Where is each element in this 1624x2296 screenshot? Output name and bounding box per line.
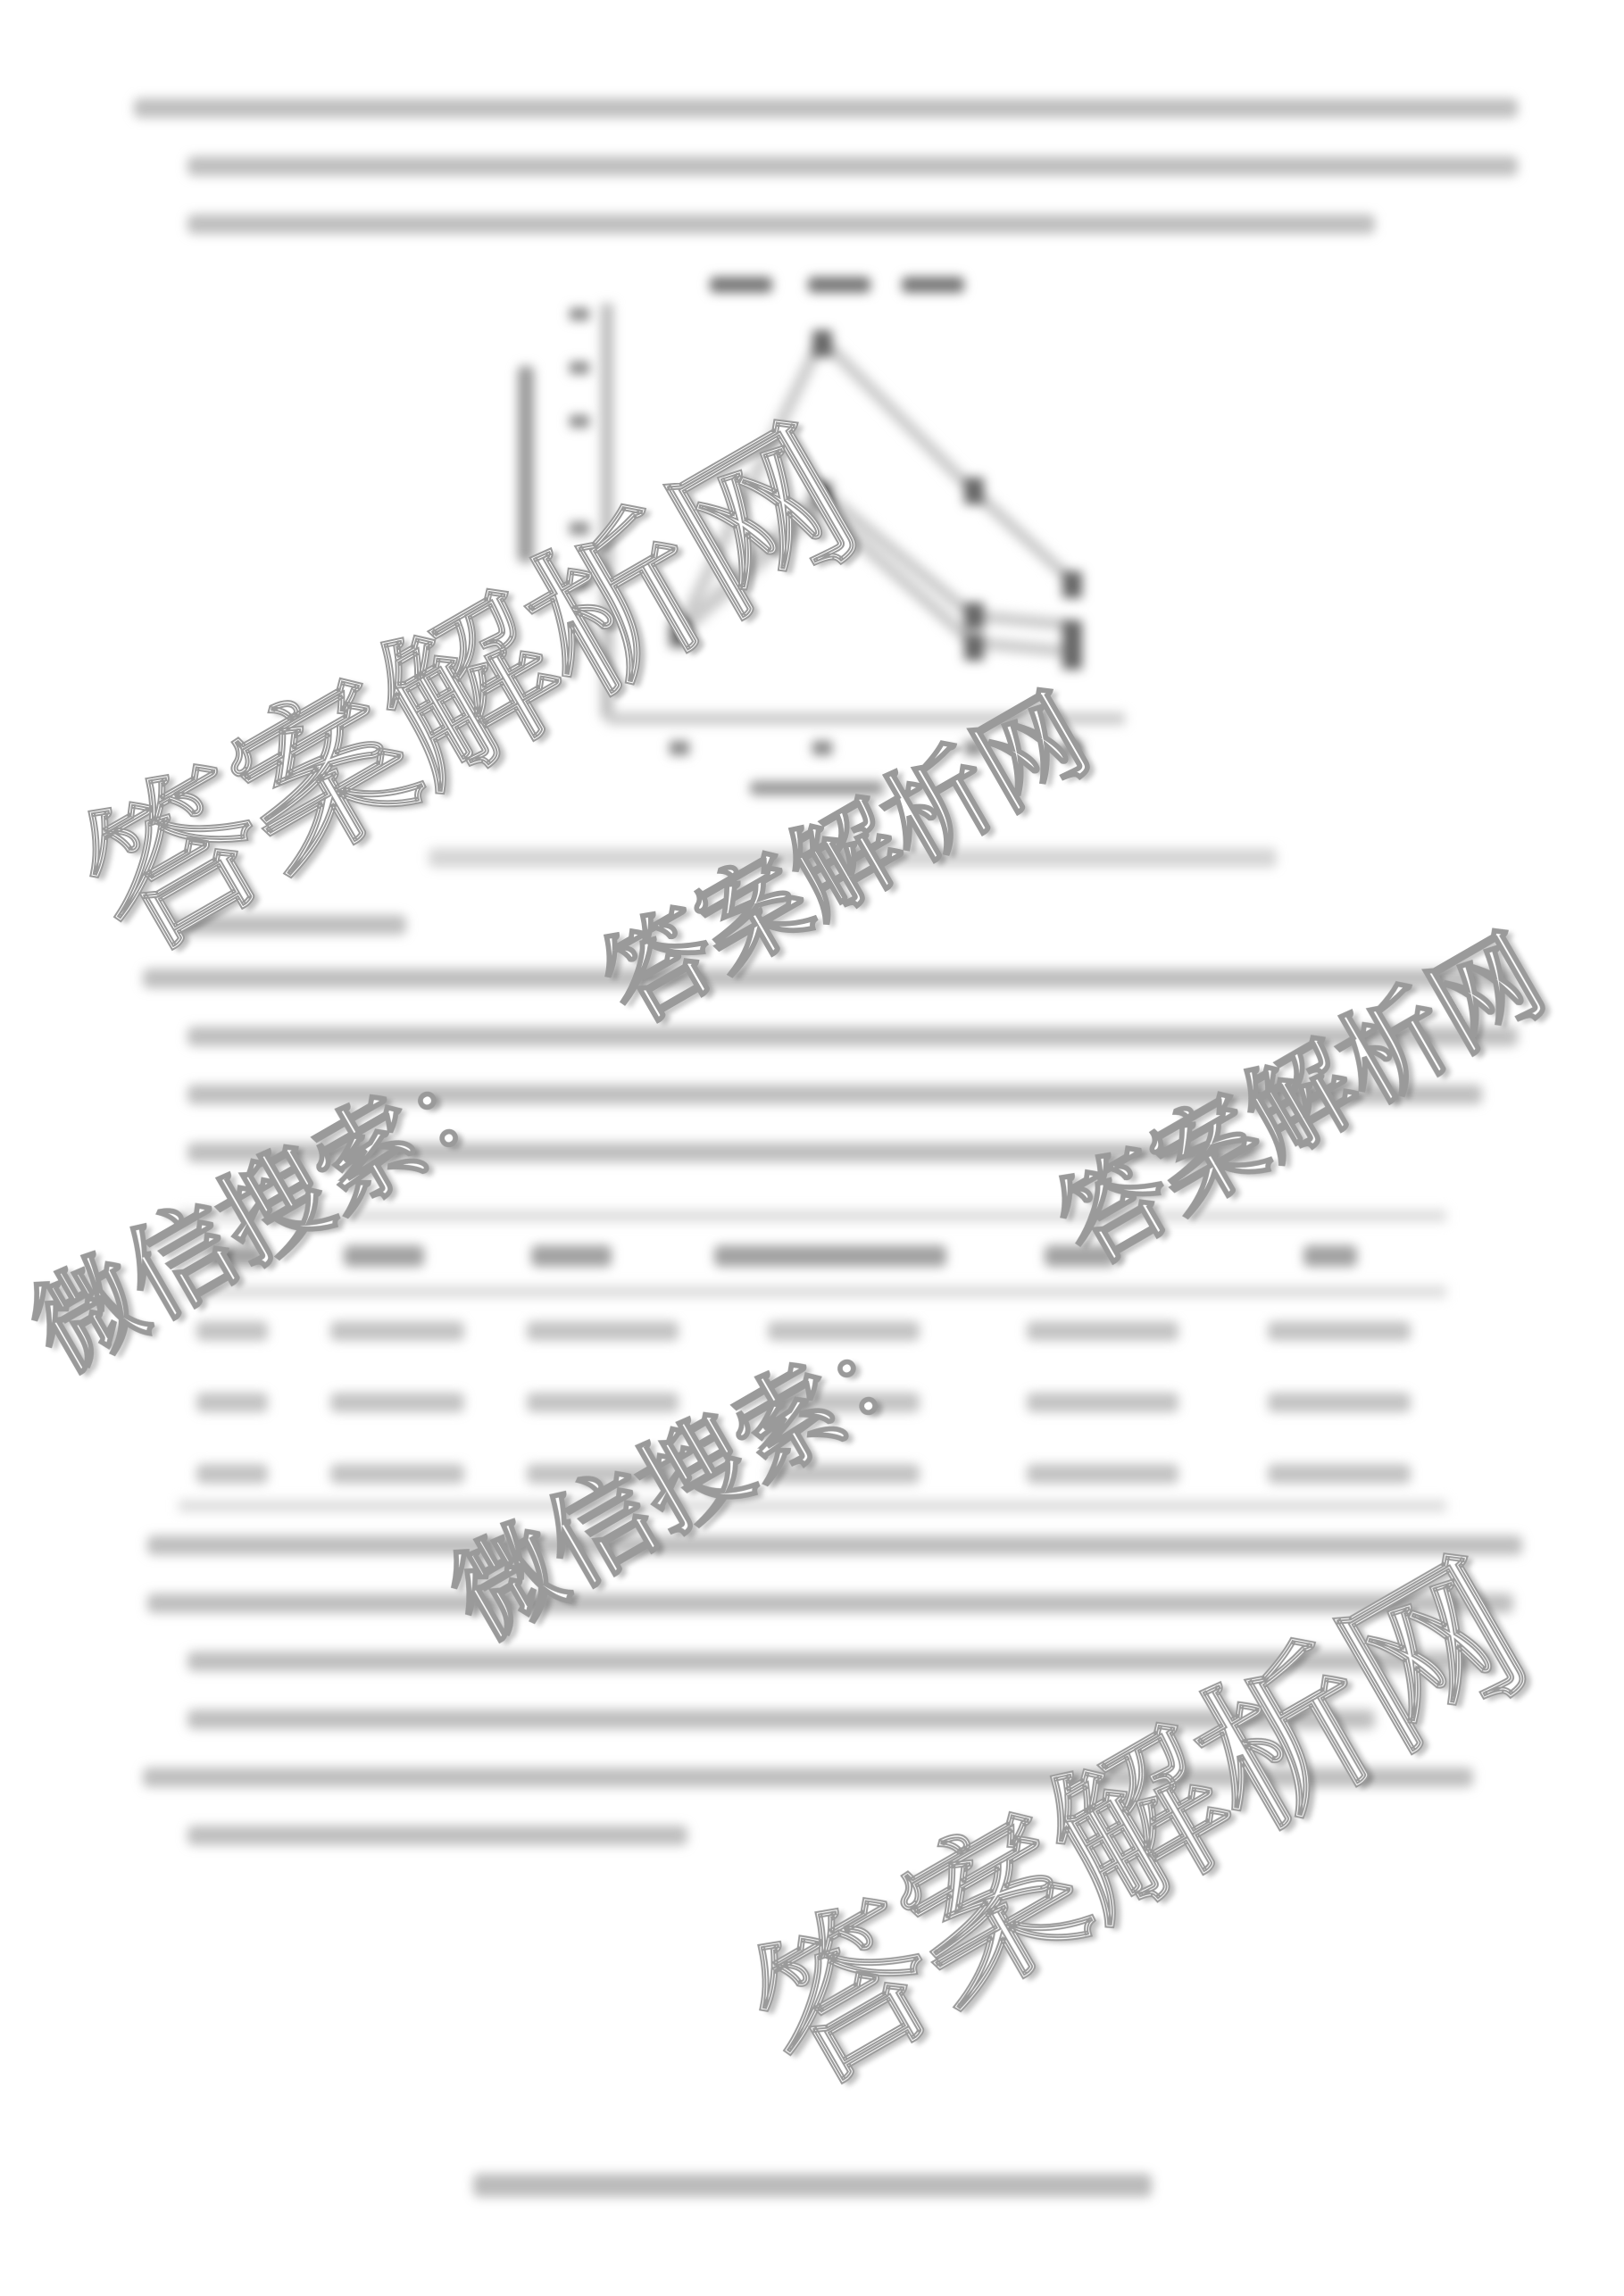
watermark-site-4: 答案解析网 bbox=[705, 1495, 1562, 2130]
page-footer bbox=[473, 2174, 1152, 2197]
table-bottom-rule bbox=[179, 1500, 1446, 1512]
table-header-rule bbox=[179, 1285, 1446, 1298]
document-page: 答案解析网 答案解析网 微信搜索： 答案解析网 微信搜索： 答案解析网 bbox=[0, 0, 1624, 2296]
